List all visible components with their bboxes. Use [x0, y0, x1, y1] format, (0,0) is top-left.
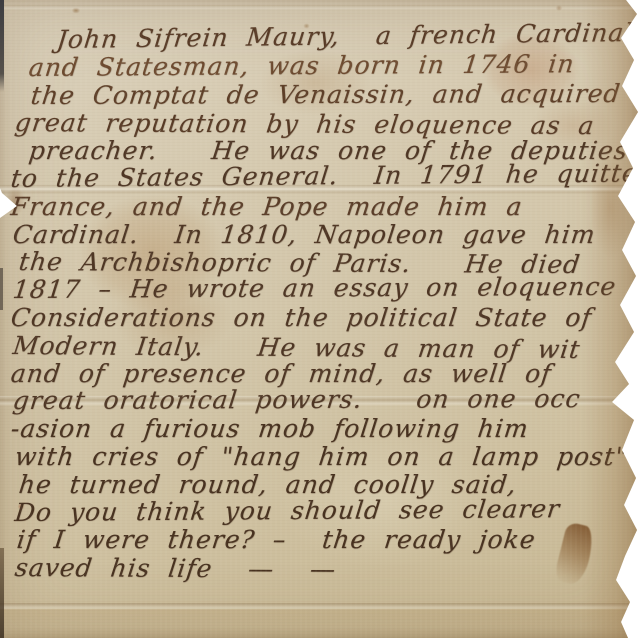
handwritten-text: John Sifrein Maury, a french Cardinal an…	[10, 26, 640, 582]
text-line-7: France, and the Pope made him a	[9, 193, 640, 221]
fold-crease-lower	[0, 396, 640, 406]
ink-smear	[553, 521, 597, 586]
text-line-19: if I were there? – the ready joke	[15, 526, 640, 554]
text-line-1: John Sifrein Maury, a french Cardinal	[55, 19, 640, 54]
text-line-9: the Archbishopric of Paris. He died	[17, 248, 640, 279]
text-line-4: great reputation by his eloquence as a	[13, 109, 640, 140]
text-line-10: 1817 – He wrote an essay on eloquence	[11, 273, 640, 304]
text-line-6: to the States General. In 1791 he quitte…	[9, 159, 640, 192]
text-line-18: Do you think you should see clearer	[13, 494, 640, 526]
text-line-11: Considerations on the political State of	[9, 304, 640, 332]
text-line-20: saved his life — —	[13, 554, 640, 585]
text-line-5: preacher. He was one of the deputies	[27, 137, 640, 165]
manuscript-scan: John Sifrein Maury, a french Cardinal an…	[0, 0, 640, 638]
text-line-15: -asion a furious mob following him	[9, 415, 640, 443]
folded-bottom-strip	[0, 609, 640, 638]
fold-crease-bottom	[0, 603, 640, 610]
text-line-17: he turned round, and coolly said,	[17, 471, 640, 499]
fold-crease-upper	[0, 185, 640, 194]
text-line-14: great oratorical powers. on one occ	[11, 385, 640, 415]
text-line-16: with cries of "hang him on a lamp post"	[13, 443, 640, 471]
text-line-3: the Comptat de Venaissin, and acquired	[29, 79, 640, 109]
text-line-2: and Statesman, was born in 1746 in	[27, 50, 640, 82]
fold-crease-top	[0, 5, 640, 10]
text-line-13: and of presence of mind, as well of	[9, 360, 640, 388]
paper: John Sifrein Maury, a french Cardinal an…	[0, 0, 640, 638]
text-line-8: Cardinal. In 1810, Napoleon gave him	[11, 221, 640, 249]
text-line-12: Modern Italy. He was a man of wit	[11, 332, 640, 364]
